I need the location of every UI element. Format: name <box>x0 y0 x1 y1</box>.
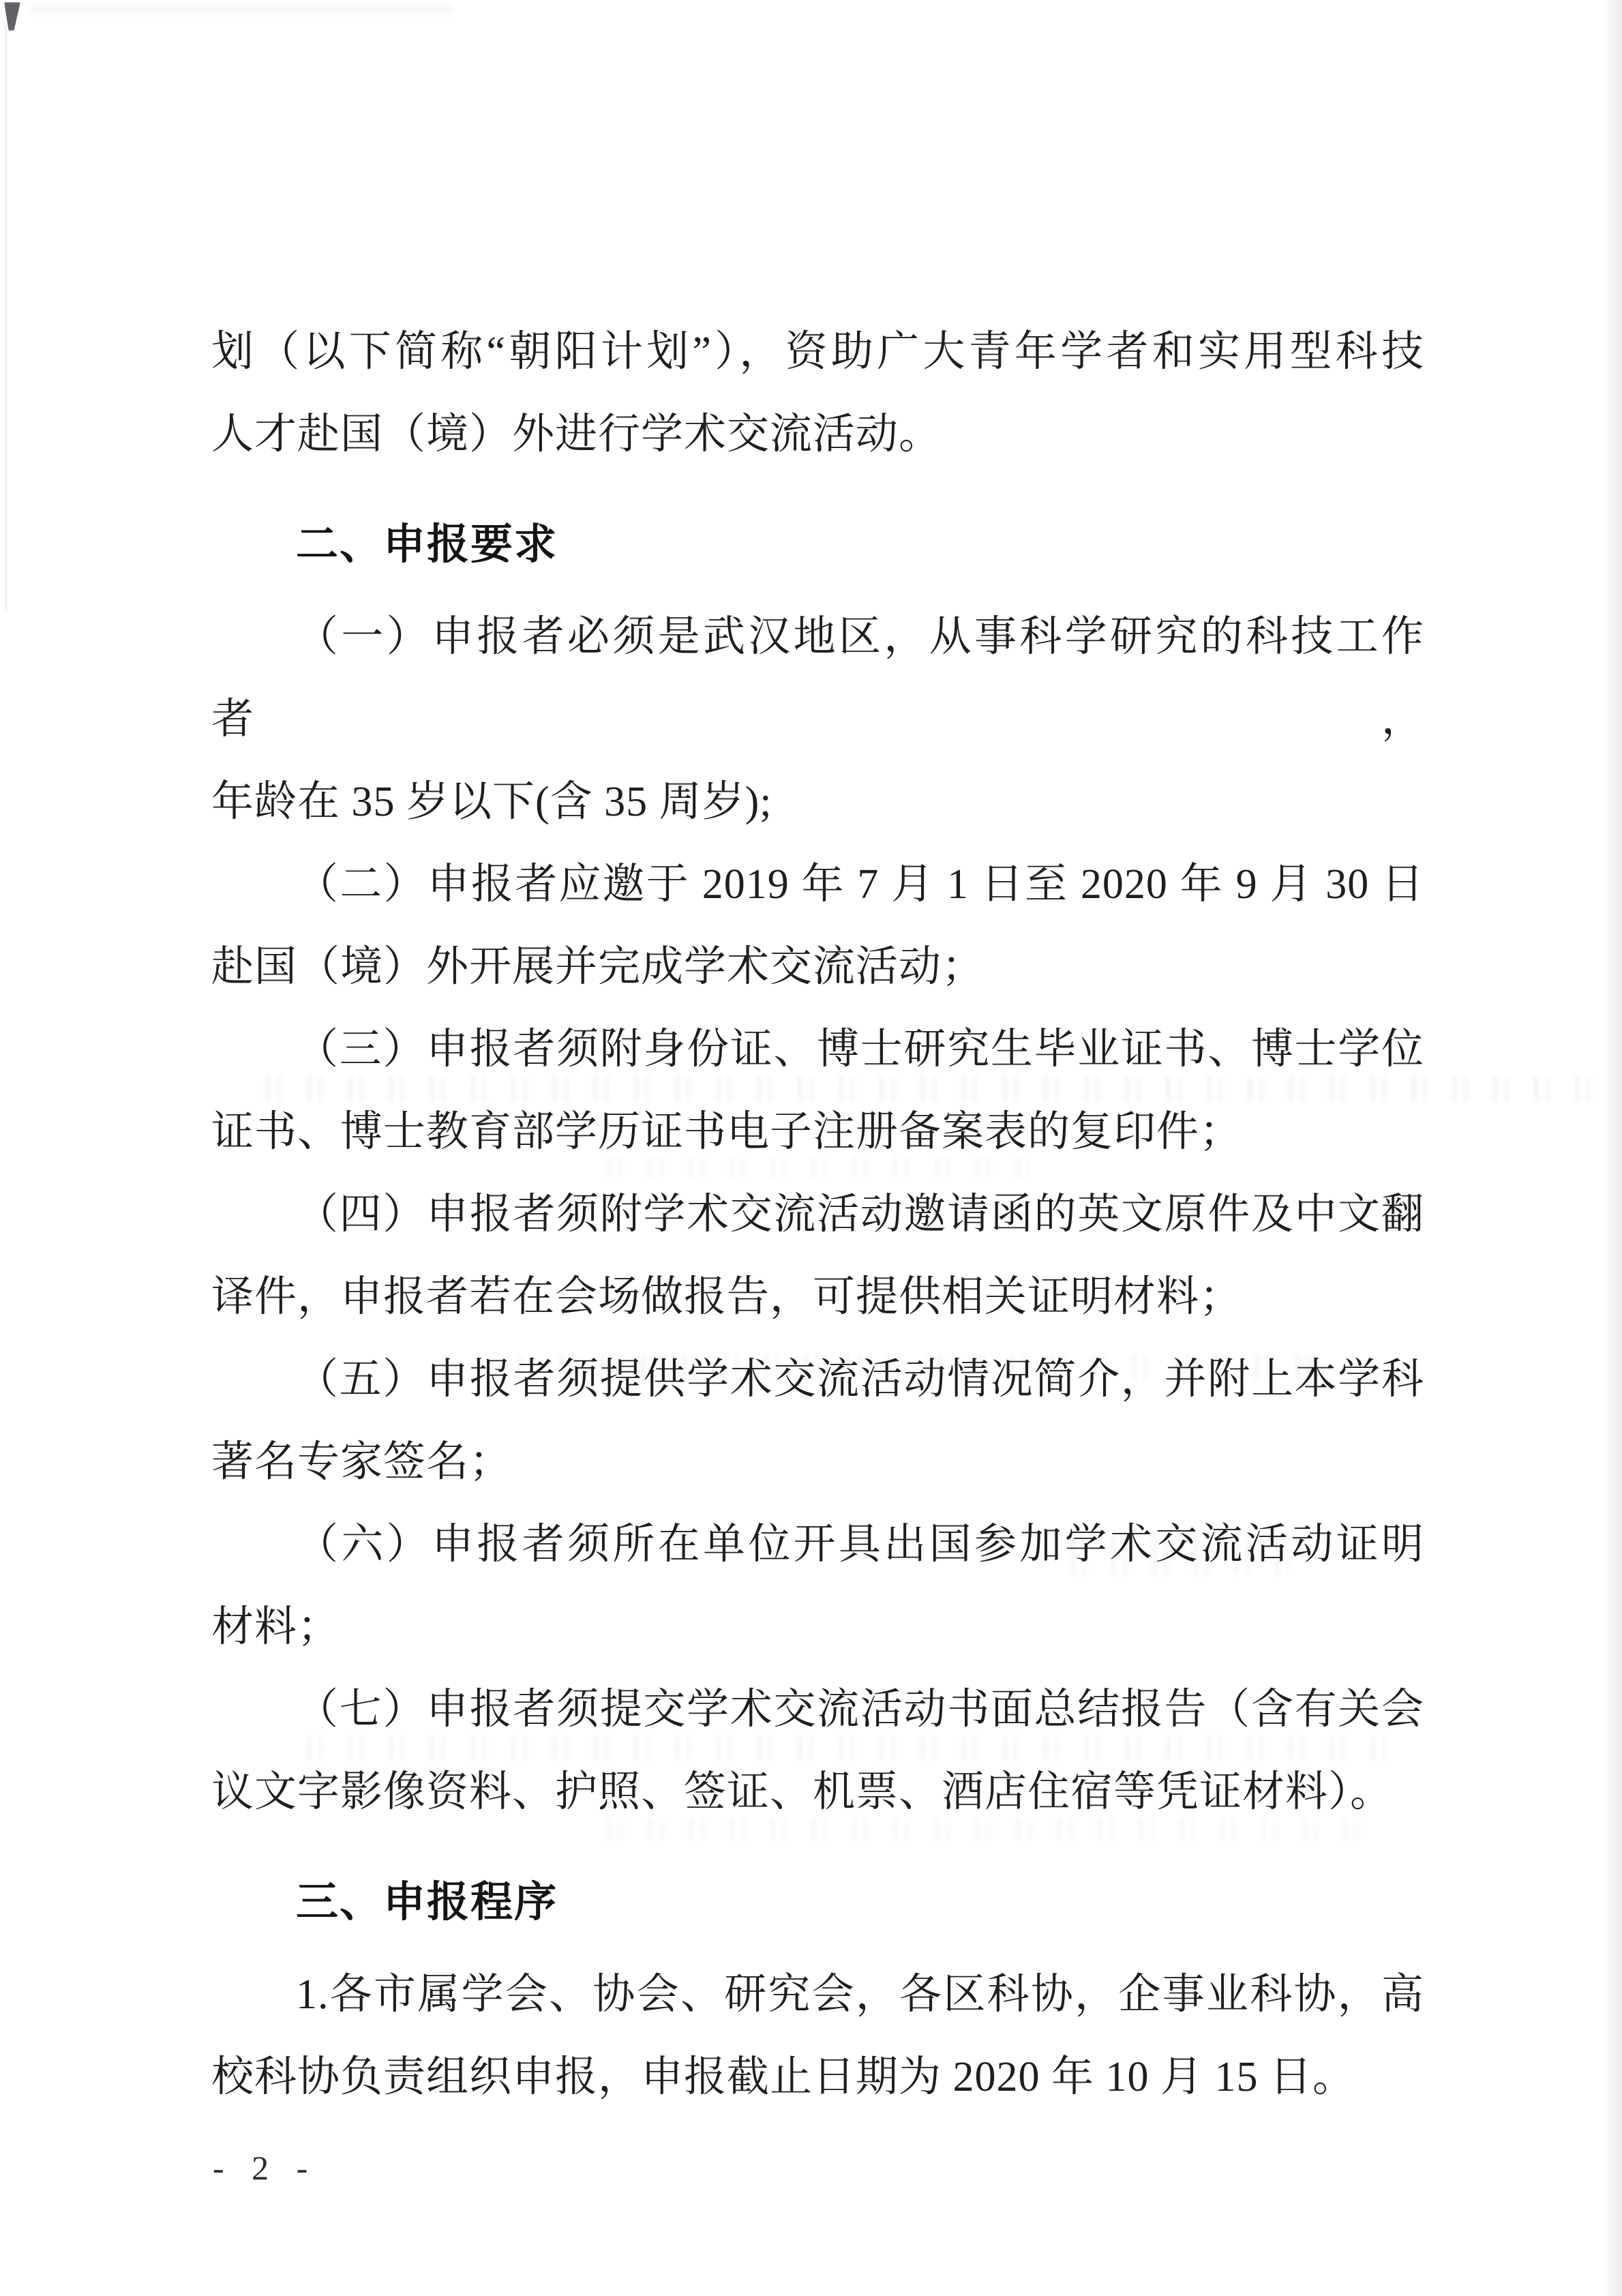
document-content: 划（以下简称“朝阳计划”），资助广大青年学者和实用型科技 人才赴国（境）外进行学… <box>0 0 1622 2119</box>
doc-line: 译件，申报者若在会场做报告，可提供相关证明材料； <box>211 1256 1424 1339</box>
page-number: - 2 - <box>213 2148 317 2188</box>
doc-line: 年龄在 35 岁以下(含 35 周岁); <box>211 761 1424 844</box>
doc-line: 材料； <box>211 1586 1424 1669</box>
doc-line: 赴国（境）外开展并完成学术交流活动； <box>211 926 1424 1009</box>
doc-line: （一）申报者必须是武汉地区，从事科学研究的科技工作者， <box>211 596 1424 761</box>
doc-line: （三）申报者须附身份证、博士研究生毕业证书、博士学位 <box>211 1009 1424 1091</box>
doc-line: 1.各市属学会、协会、研究会，各区科协，企事业科协，高 <box>211 1954 1424 2036</box>
doc-line: 划（以下简称“朝阳计划”），资助广大青年学者和实用型科技 <box>211 311 1424 393</box>
doc-line: （六）申报者须所在单位开具出国参加学术交流活动证明 <box>211 1504 1424 1586</box>
doc-line: 议文字影像资料、护照、签证、机票、酒店住宿等凭证材料）。 <box>211 1751 1424 1834</box>
doc-line: 人才赴国（境）外进行学术交流活动。 <box>211 393 1424 476</box>
doc-line: （四）申报者须附学术交流活动邀请函的英文原件及中文翻 <box>211 1174 1424 1256</box>
doc-line: （七）申报者须提交学术交流活动书面总结报告（含有关会 <box>211 1669 1424 1751</box>
section-heading-application-requirements: 二、申报要求 <box>211 503 1424 586</box>
doc-line: 校科协负责组织申报，申报截止日期为 2020 年 10 月 15 日。 <box>211 2036 1424 2119</box>
doc-line: 著名专家签名； <box>211 1421 1424 1504</box>
doc-line: 证书、博士教育部学历证书电子注册备案表的复印件； <box>211 1091 1424 1174</box>
doc-line: （二）申报者应邀于 2019 年 7 月 1 日至 2020 年 9 月 30 … <box>211 844 1424 926</box>
section-heading-application-procedure: 三、申报程序 <box>211 1861 1424 1943</box>
document-page: 划（以下简称“朝阳计划”），资助广大青年学者和实用型科技 人才赴国（境）外进行学… <box>0 0 1622 2296</box>
doc-line: （五）申报者须提供学术交流活动情况简介，并附上本学科 <box>211 1339 1424 1421</box>
